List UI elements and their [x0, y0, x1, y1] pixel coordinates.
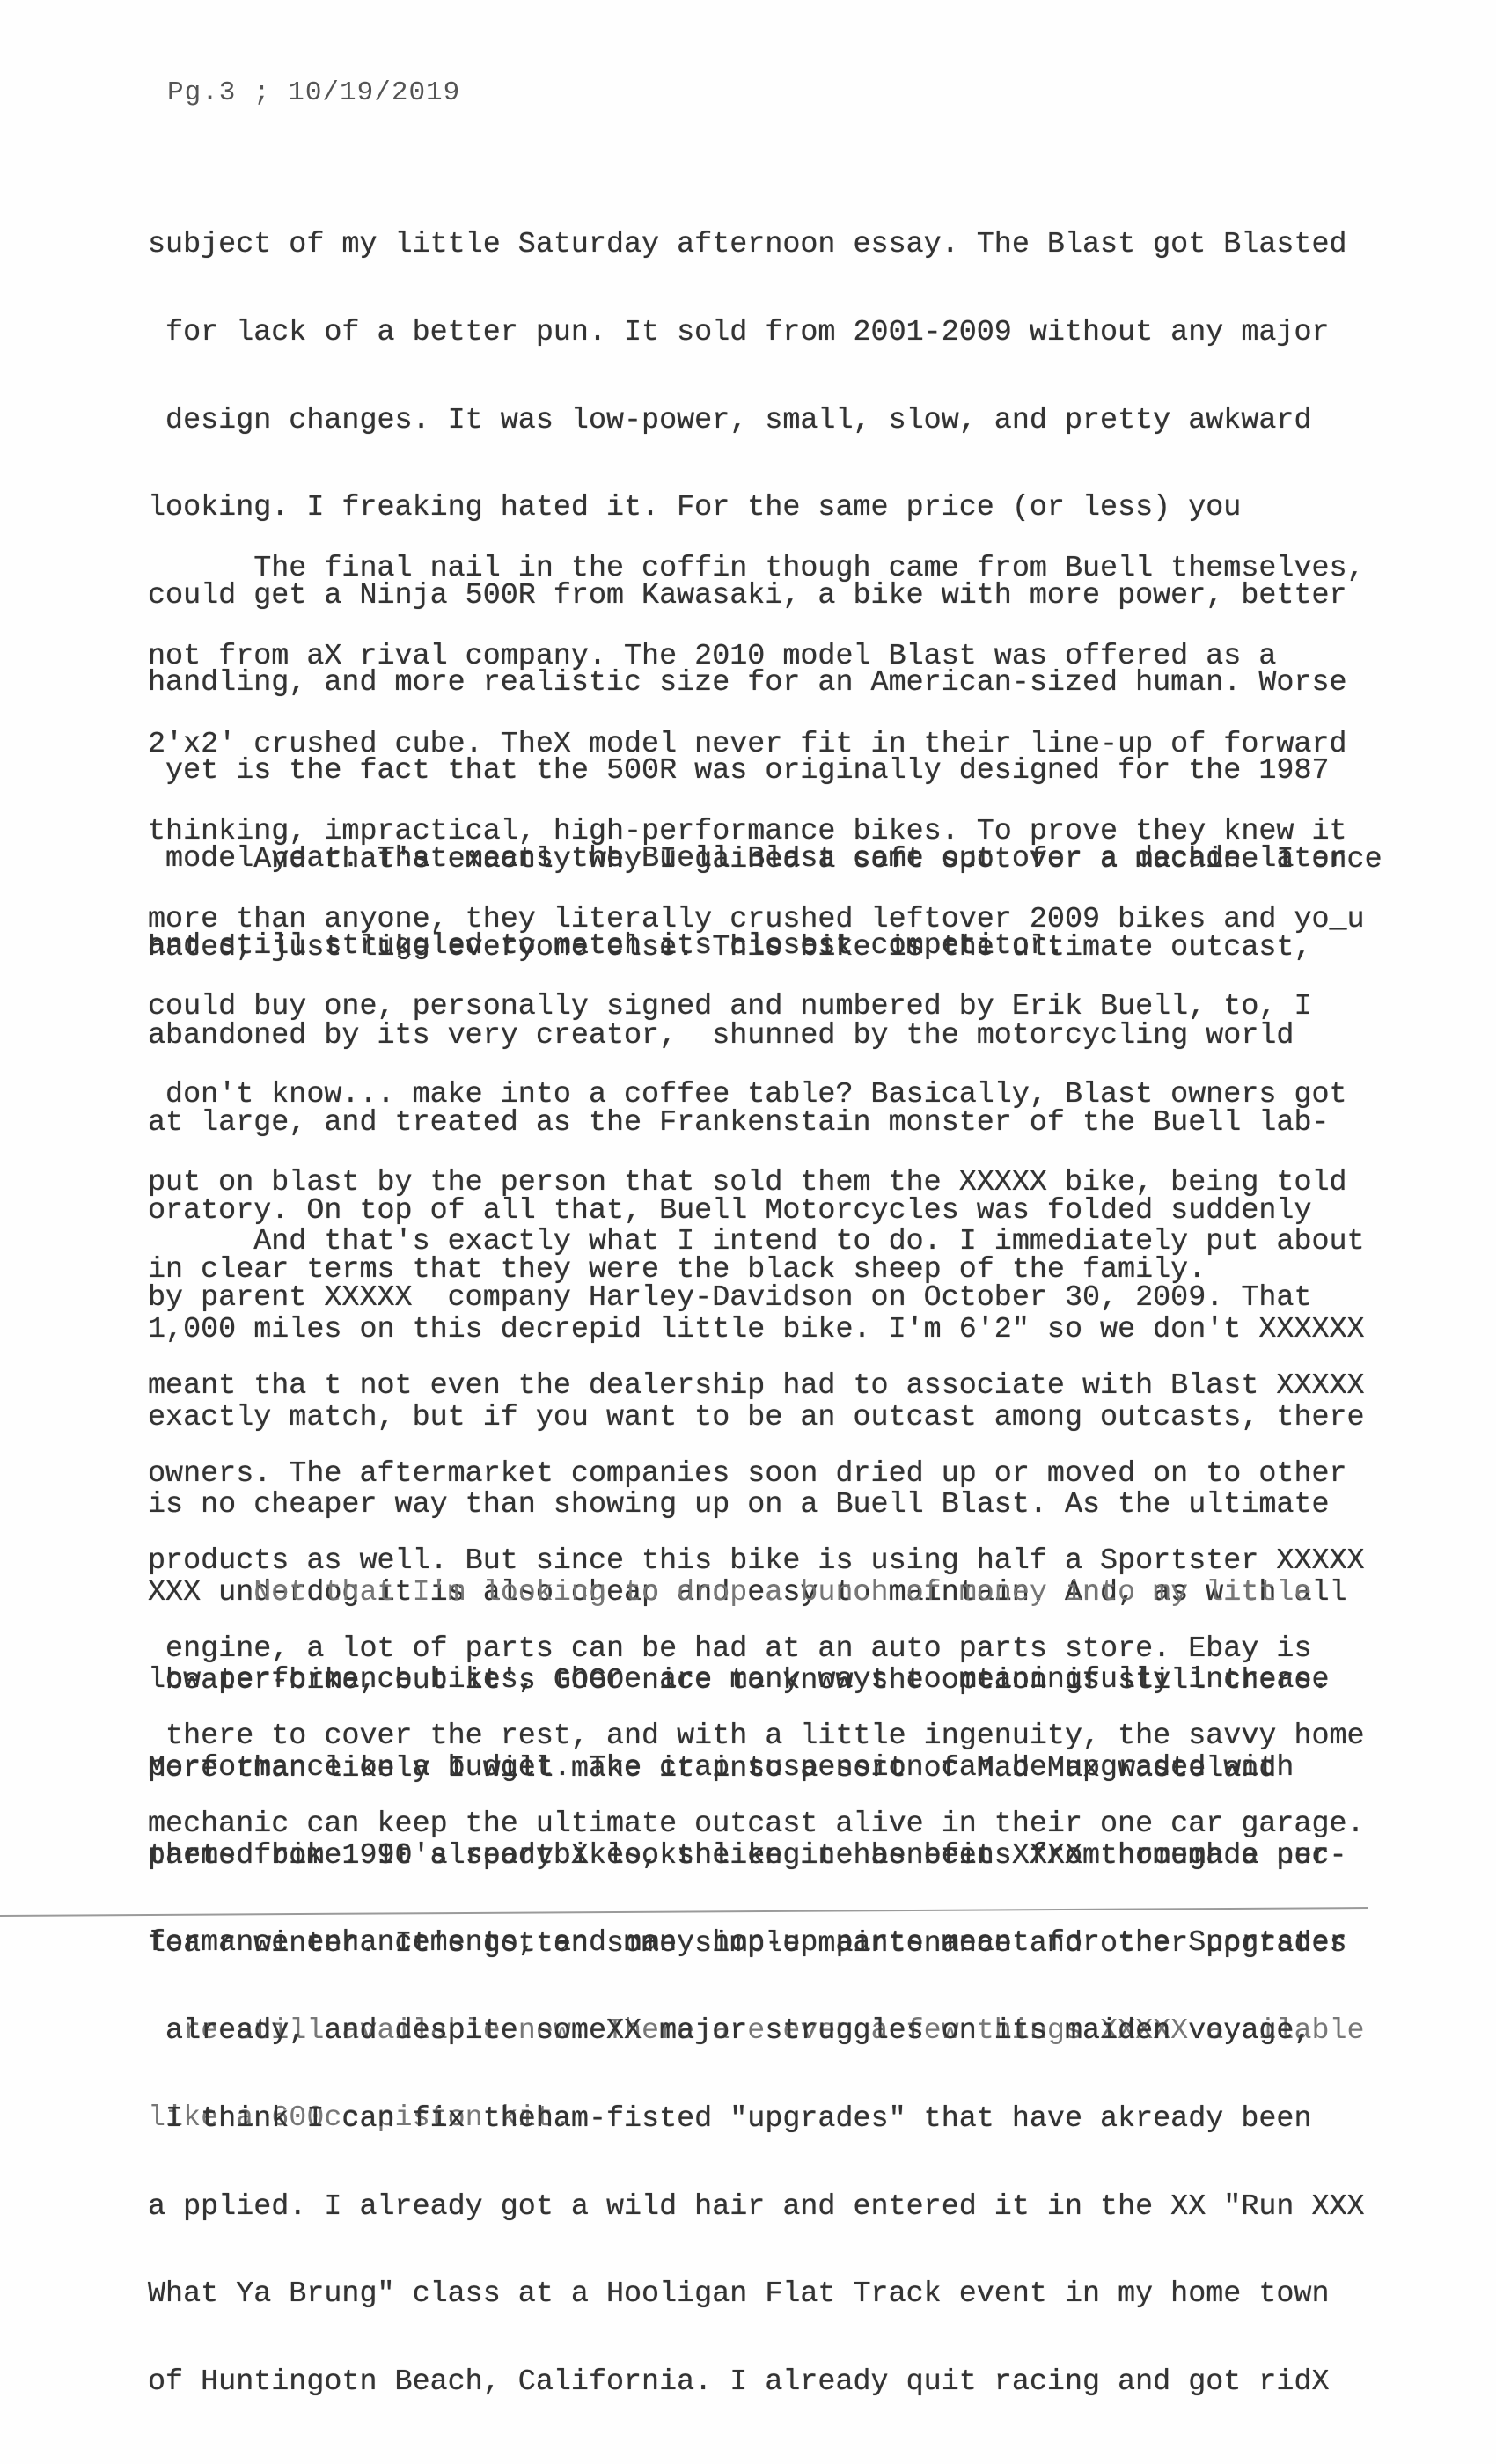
text-line: What Ya Brung" class at a Hooligan Flat …	[148, 2280, 1365, 2309]
text-line: not from aX rival company. The 2010 mode…	[148, 642, 1365, 671]
text-line: exactly match, but if you want to be an …	[148, 1404, 1365, 1433]
text-line: of Huntingotn Beach, California. I alrea…	[148, 2368, 1365, 2397]
text-line: design changes. It was low-power, small,…	[148, 407, 1347, 436]
text-line: for lack of a better pun. It sold from 2…	[148, 319, 1347, 348]
text-line: lea r winter. It's gotten some simple ma…	[148, 1930, 1365, 1959]
text-line: I think I can fix theham-fisted "upgrade…	[148, 2105, 1365, 2134]
text-line: The final nail in the coffin though came…	[148, 554, 1365, 583]
text-line: a pplied. I already got a wild hair and …	[148, 2193, 1365, 2222]
text-line: More than likely I will make it into a s…	[148, 1755, 1365, 1784]
text-line: And that's exactly what I intend to do. …	[148, 1228, 1365, 1257]
text-line: 2'x2' crushed cube. TheX model never fit…	[148, 730, 1365, 759]
text-line: hated, just like everyone else. This bik…	[148, 934, 1382, 963]
text-line: 1,000 miles on this decrepid little bike…	[148, 1316, 1365, 1345]
text-line: at large, and treated as the Frankenstai…	[148, 1109, 1382, 1138]
text-line: beater-bike, but it's GOGO nice to know …	[148, 1667, 1365, 1696]
paragraph-5: Not that I'm looking to drop a bunch of …	[148, 1521, 1365, 2455]
text-line: subject of my little Saturday afternoon …	[148, 231, 1347, 260]
page-header: Pg.3 ; 10/19/2019	[167, 77, 460, 109]
text-line: already, and despite someXX major strugg…	[148, 2017, 1365, 2046]
text-line: abandoned by its very creator, shunned b…	[148, 1022, 1382, 1051]
text-line: And that's exactly why I gained a soft s…	[148, 846, 1382, 875]
text-line: Not that I'm looking to drop a bunch of …	[148, 1579, 1365, 1608]
text-line: is no cheaper way than showing up on a B…	[148, 1491, 1365, 1520]
scanned-page: Pg.3 ; 10/19/2019 subject of my little S…	[0, 0, 1496, 2464]
text-line: themed bike. It already X looks like it …	[148, 1842, 1365, 1871]
